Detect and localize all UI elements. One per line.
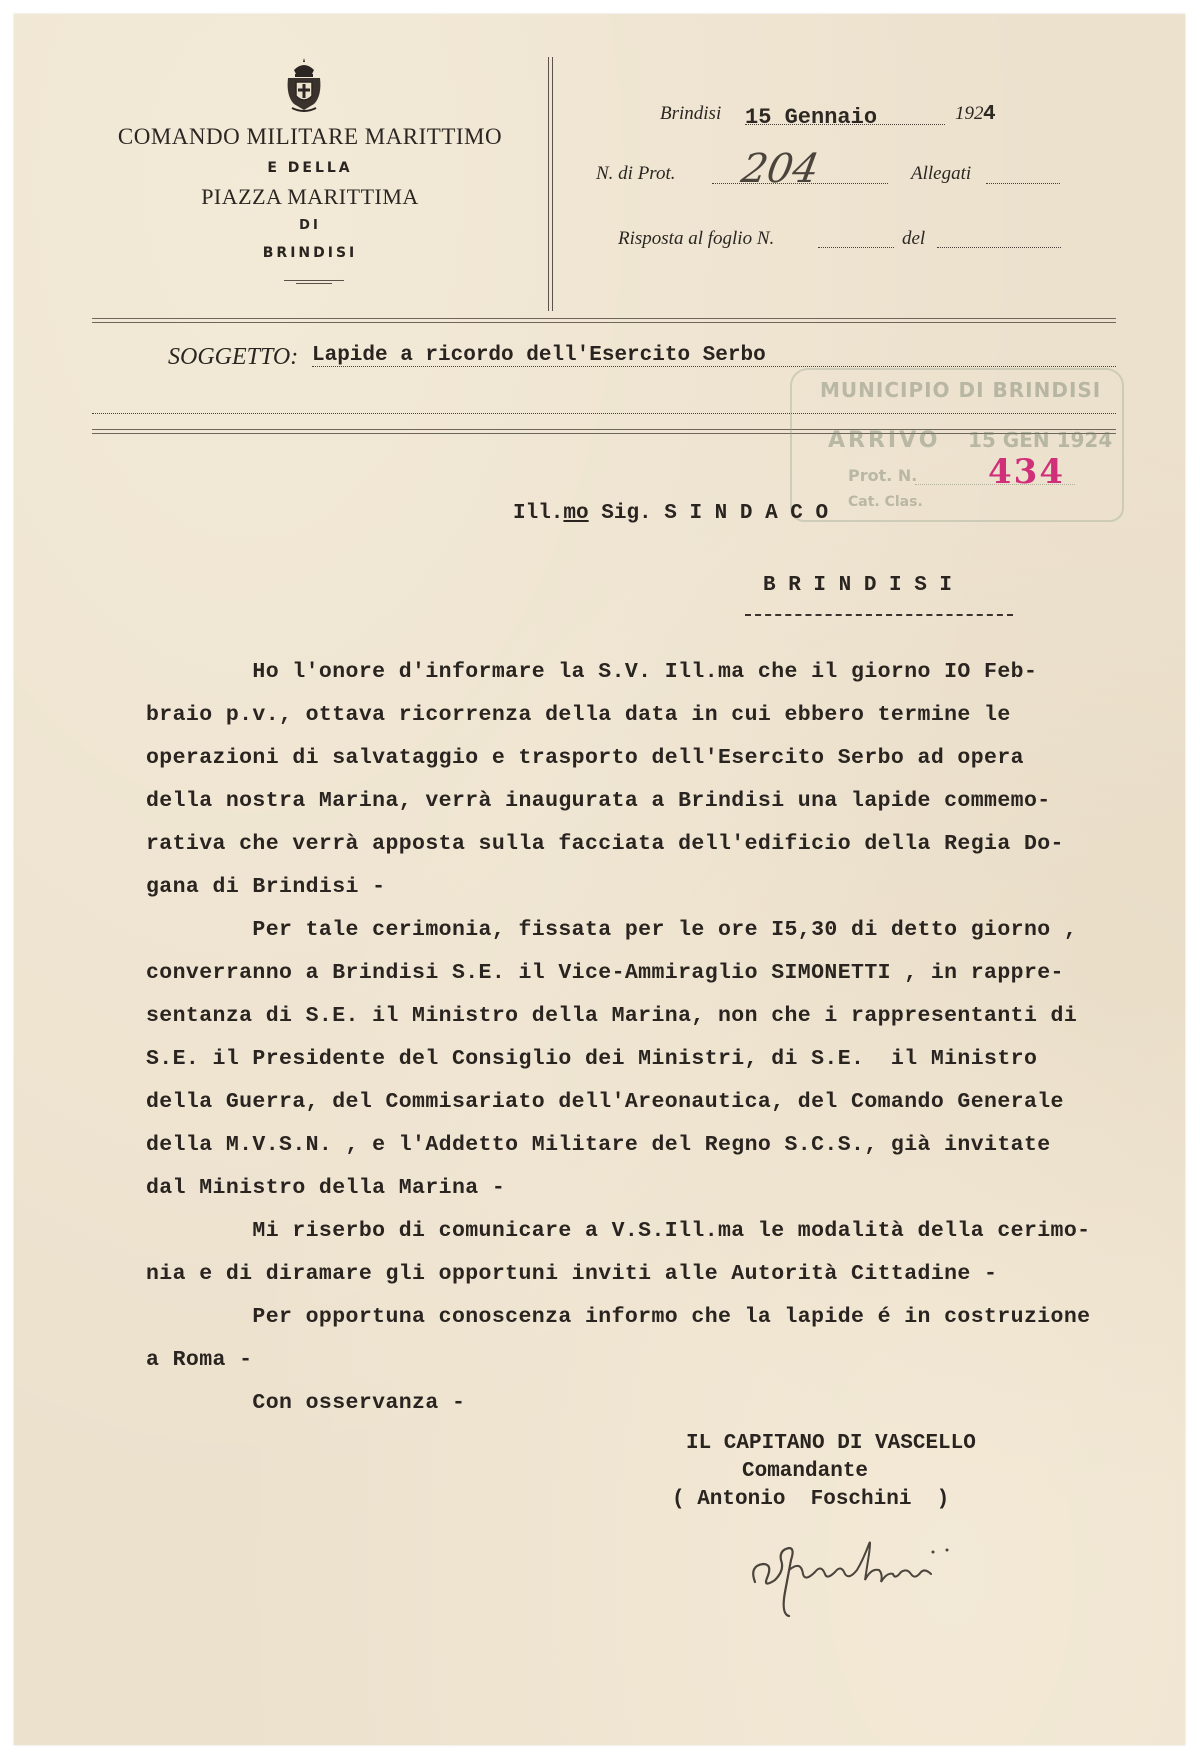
signature-role: Comandante: [742, 1460, 868, 1483]
stamp-date: 15 GEN 1924: [968, 428, 1112, 452]
reply-del-label: del: [902, 228, 925, 250]
body-line: a Roma -: [146, 1348, 252, 1372]
body-line: Ho l'onore d'informare la S.V. Ill.ma ch…: [146, 660, 1037, 684]
subject-dotted-line: [312, 366, 1116, 367]
body-line: della Guerra, del Commisariato dell'Areo…: [146, 1090, 1064, 1114]
salutation-abbrev: mo: [563, 502, 588, 525]
addressee-city-underline: [745, 614, 1013, 616]
date-typed: 15 Gennaio: [745, 105, 877, 130]
closing-line: Con osservanza -: [146, 1391, 465, 1415]
stamp-arrival: ARRIVO: [828, 428, 940, 453]
letterhead-and-of: E DELLA: [100, 160, 520, 176]
stamp-category: Cat. Clas.: [848, 494, 923, 510]
body-line: Per tale cerimonia, fissata per le ore I…: [146, 918, 1077, 942]
body-line: della M.V.S.N. , e l'Addetto Militare de…: [146, 1133, 1051, 1157]
letterhead-maritime-square: PIAZZA MARITTIMA: [100, 184, 520, 210]
prot-label: N. di Prot.: [596, 163, 676, 185]
letterhead-command: COMANDO MILITARE MARITTIMO: [100, 124, 520, 150]
body-line: Mi riserbo di comunicare a V.S.Ill.ma le…: [146, 1219, 1090, 1243]
letterhead-rule: [284, 280, 344, 282]
body-line: converranno a Brindisi S.E. il Vice-Ammi…: [146, 961, 1064, 985]
stamp-number: 434: [988, 452, 1065, 492]
header-vertical-divider: [548, 57, 553, 311]
body-line: braio p.v., ottava ricorrenza della data…: [146, 703, 1011, 727]
year-typed: 4: [983, 103, 996, 126]
handwritten-signature: [745, 1530, 1005, 1620]
subject-top-rule: [92, 318, 1116, 319]
date-dotted-line: [745, 124, 945, 125]
attachments-dotted-line: [986, 183, 1060, 184]
subject-label: SOGGETTO:: [168, 344, 298, 371]
place-label: Brindisi: [660, 103, 721, 125]
signature-name: ( Antonio Foschini ): [672, 1488, 949, 1511]
prot-number-handwritten: 204: [738, 146, 822, 192]
reply-dotted-line: [818, 247, 894, 248]
body-line: nia e di diramare gli opportuni inviti a…: [146, 1262, 997, 1286]
body-line: dal Ministro della Marina -: [146, 1176, 505, 1200]
subject-top-rule-2: [92, 322, 1116, 323]
letterhead-of: DI: [100, 218, 520, 233]
stamp-municipality: MUNICIPIO DI BRINDISI: [820, 378, 1101, 402]
subject-value: Lapide a ricordo dell'Esercito Serbo: [312, 344, 766, 367]
body-line: rativa che verrà apposta sulla facciata …: [146, 832, 1064, 856]
salutation-prefix: Ill.: [513, 502, 563, 525]
stamp-prot-label: Prot. N.: [848, 466, 917, 485]
reply-del-dotted-line: [937, 247, 1061, 248]
letterhead-city: BRINDISI: [100, 245, 520, 261]
reply-label: Risposta al foglio N.: [618, 228, 774, 250]
letterhead-rule-double: [296, 283, 332, 285]
addressee-salutation: Ill.mo Sig. S I N D A C O: [513, 502, 828, 525]
body-line: Per opportuna conoscenza informo che la …: [146, 1305, 1090, 1329]
salutation-rest: Sig. S I N D A C O: [589, 502, 828, 525]
body-line: S.E. il Presidente del Consiglio dei Min…: [146, 1047, 1037, 1071]
body-line: operazioni di salvataggio e trasporto de…: [146, 746, 1024, 770]
body-line: gana di Brindisi -: [146, 875, 385, 899]
royal-crest-icon: [284, 56, 324, 116]
attachments-label: Allegati: [911, 163, 971, 185]
body-line: della nostra Marina, verrà inaugurata a …: [146, 789, 1051, 813]
signature-title: IL CAPITANO DI VASCELLO: [686, 1432, 976, 1455]
addressee-city: B R I N D I S I: [763, 574, 952, 597]
year-printed: 192: [955, 103, 984, 125]
body-line: sentanza di S.E. il Ministro della Marin…: [146, 1004, 1077, 1028]
